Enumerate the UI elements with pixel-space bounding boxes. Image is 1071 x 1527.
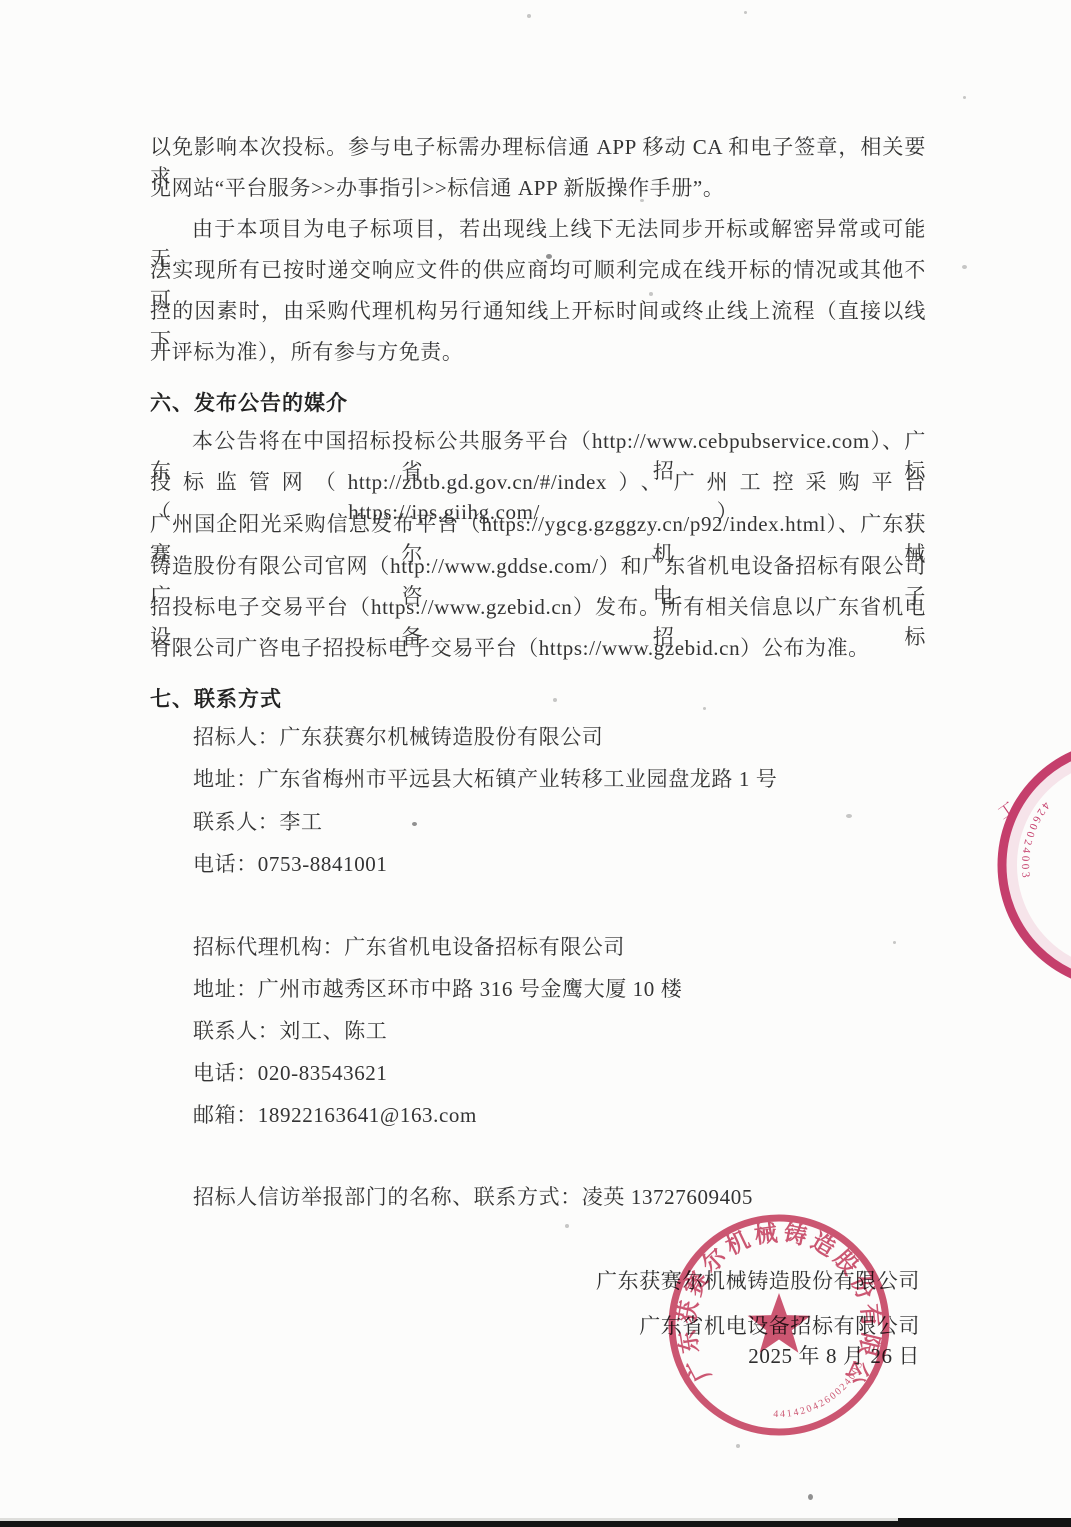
seal-ring-text: 广东获赛尔机械铸造股份有限公司 — [659, 1205, 885, 1392]
seal-serial-textpath: 4414204260024003 — [773, 1358, 866, 1420]
body-line: 有限公司广咨电子招投标电子交易平台（https://www.gzebid.cn）… — [150, 633, 926, 663]
scan-edge-bar — [0, 1518, 1071, 1527]
document-page: 以免影响本次投标。参与电子标需办理标信通 APP 移动 CA 和电子签章，相关要… — [0, 0, 1071, 1527]
contact-tenderer-phone: 电话：0753-8841001 — [193, 849, 969, 879]
contact-tenderer-name: 招标人：广东获赛尔机械铸造股份有限公司 — [193, 722, 969, 752]
scan-speck — [527, 14, 531, 18]
contact-agency-email: 邮箱：18922163641@163.com — [193, 1100, 969, 1130]
scan-speck — [565, 1224, 569, 1228]
scan-edge-highlight — [0, 1518, 898, 1521]
edge-stamp: 4260024003 工 — [941, 740, 1071, 1010]
body-line: 开评标为准），所有参与方免责。 — [150, 337, 926, 367]
seal-ring-textpath: 广东获赛尔机械铸造股份有限公司 — [659, 1205, 885, 1392]
contact-agency-address: 地址：广州市越秀区环市中路 316 号金鹰大厦 10 楼 — [193, 974, 969, 1004]
contact-agency-phone: 电话：020-83543621 — [193, 1058, 969, 1088]
seal-star-icon — [748, 1293, 811, 1353]
scan-speck — [546, 254, 552, 259]
scan-speck — [808, 1494, 813, 1500]
contact-tenderer-address: 地址：广东省梅州市平远县大柘镇产业转移工业园盘龙路 1 号 — [193, 764, 969, 794]
contact-tenderer-person: 联系人：李工 — [193, 807, 969, 837]
section-heading-contact: 七、联系方式 — [150, 684, 926, 714]
seal-serial-text: 4414204260024003 — [773, 1358, 866, 1420]
scan-speck — [649, 292, 653, 296]
company-seal-svg: 广东获赛尔机械铸造股份有限公司 4414204260024003 — [659, 1205, 899, 1445]
edge-stamp-svg: 4260024003 工 — [941, 740, 1071, 1010]
scan-speck — [640, 199, 644, 202]
scan-speck — [744, 11, 747, 14]
contact-agency-name: 招标代理机构：广东省机电设备招标有限公司 — [193, 932, 969, 962]
scan-speck — [412, 822, 417, 826]
scan-speck — [736, 1444, 740, 1448]
scan-speck — [553, 698, 557, 702]
contact-agency-person: 联系人：刘工、陈工 — [193, 1016, 969, 1046]
scan-speck — [893, 941, 896, 944]
scan-speck — [575, 183, 580, 187]
scan-speck — [703, 707, 706, 710]
scan-speck — [962, 265, 967, 269]
section-heading-media: 六、发布公告的媒介 — [150, 388, 926, 418]
body-line: 见网站“平台服务>>办事指引>>标信通 APP 新版操作手册”。 — [150, 173, 926, 203]
scan-speck — [963, 96, 966, 99]
company-seal: 广东获赛尔机械铸造股份有限公司 4414204260024003 — [659, 1205, 899, 1445]
scan-speck — [846, 814, 852, 818]
edge-stamp-halo — [1009, 752, 1071, 978]
